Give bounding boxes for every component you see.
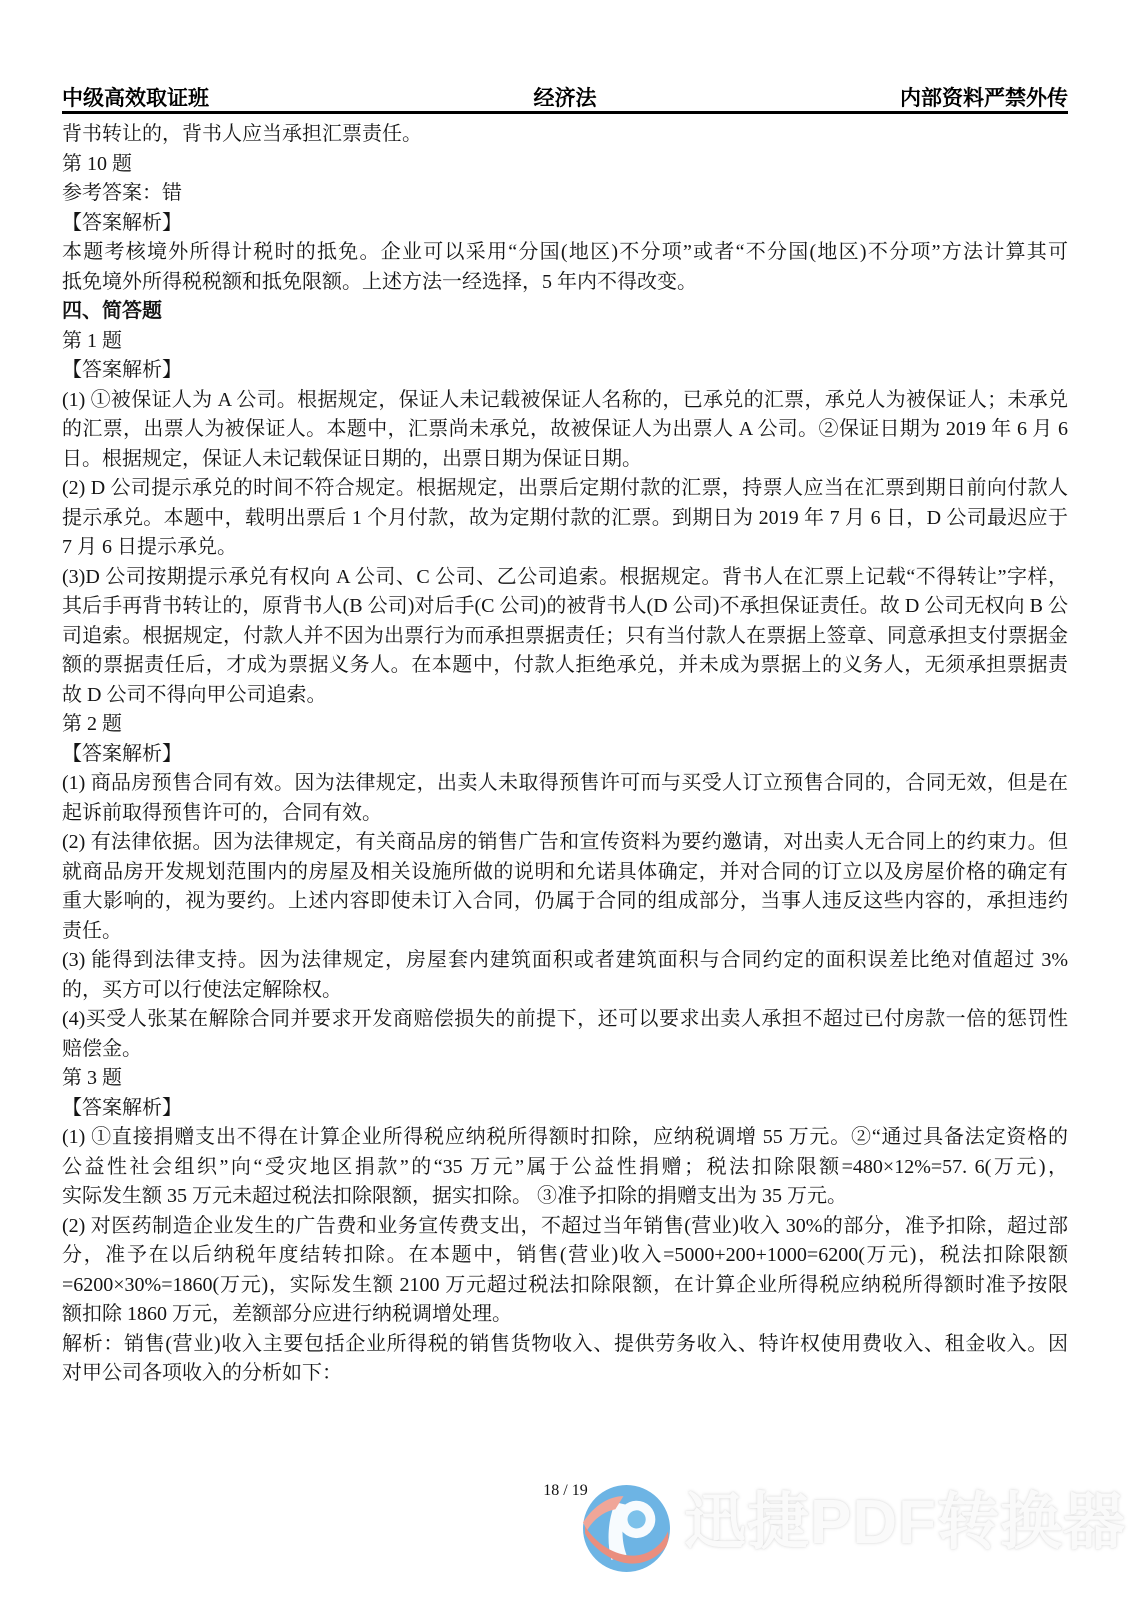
body-line: 实际发生额 35 万元未超过税法扣除限额，据实扣除。 ③准予扣除的捐赠支出为 3… bbox=[62, 1182, 1068, 1212]
body-line: 额的票据责任后，才成为票据义务人。在本题中，付款人拒绝承兑，并未成为票据上的义务… bbox=[62, 651, 1068, 681]
body-line: (2) 有法律依据。因为法律规定，有关商品房的销售广告和宣传资料为要约邀请，对出… bbox=[62, 828, 1068, 858]
body-line: 抵免境外所得税税额和抵免限额。上述方法一经选择，5 年内不得改变。 bbox=[62, 268, 1068, 298]
body-line: 【答案解析】 bbox=[62, 740, 1068, 770]
body-line: 第 1 题 bbox=[62, 327, 1068, 357]
body-line: 的，买方可以行使法定解除权。 bbox=[62, 976, 1068, 1006]
page-number: 18 / 19 bbox=[0, 1482, 1131, 1500]
body-line: 公益性社会组织”向“受灾地区捐款”的“35 万元”属于公益性捐赠；税法扣除限额=… bbox=[62, 1153, 1068, 1183]
body-line: 其后手再背书转让的，原背书人(B 公司)对后手(C 公司)的被背书人(D 公司)… bbox=[62, 592, 1068, 622]
body-line: (3) 能得到法律支持。因为法律规定，房屋套内建筑面积或者建筑面积与合同约定的面… bbox=[62, 946, 1068, 976]
body-line: (2) D 公司提示承兑的时间不符合规定。根据规定，出票后定期付款的汇票，持票人… bbox=[62, 474, 1068, 504]
body-line: 7 月 6 日提示承兑。 bbox=[62, 533, 1068, 563]
body-line: 解析：销售(营业)收入主要包括企业所得税的销售货物收入、提供劳务收入、特许权使用… bbox=[62, 1330, 1068, 1360]
body-line: (1) 商品房预售合同有效。因为法律规定，出卖人未取得预售许可而与买受人订立预售… bbox=[62, 769, 1068, 799]
body-line: (3)D 公司按期提示承兑有权向 A 公司、C 公司、乙公司追索。根据规定。背书… bbox=[62, 563, 1068, 593]
document-body: 背书转让的，背书人应当承担汇票责任。第 10 题参考答案：错【答案解析】本题考核… bbox=[62, 120, 1068, 1389]
body-line: =6200×30%=1860(万元)，实际发生额 2100 万元超过税法扣除限额… bbox=[62, 1271, 1068, 1301]
body-line: 第 2 题 bbox=[62, 710, 1068, 740]
body-line: 就商品房开发规划范围内的房屋及相关设施所做的说明和允诺具体确定，并对合同的订立以… bbox=[62, 858, 1068, 888]
body-line: 日。根据规定，保证人未记载保证日期的，出票日期为保证日期。 bbox=[62, 445, 1068, 475]
body-line: (4)买受人张某在解除合同并要求开发商赔偿损失的前提下，还可以要求出卖人承担不超… bbox=[62, 1005, 1068, 1035]
body-line: 参考答案：错 bbox=[62, 179, 1068, 209]
body-line: 第 10 题 bbox=[62, 150, 1068, 180]
body-line: 起诉前取得预售许可的，合同有效。 bbox=[62, 799, 1068, 829]
body-line: (1) ①被保证人为 A 公司。根据规定，保证人未记载被保证人名称的，已承兑的汇… bbox=[62, 386, 1068, 416]
body-line: 责任。 bbox=[62, 917, 1068, 947]
body-line: (2) 对医药制造企业发生的广告费和业务宣传费支出，不超过当年销售(营业)收入 … bbox=[62, 1212, 1068, 1242]
body-line: (1) ①直接捐赠支出不得在计算企业所得税应纳税所得额时扣除，应纳税调增 55 … bbox=[62, 1123, 1068, 1153]
body-line: 重大影响的，视为要约。上述内容即使未订入合同，仍属于合同的组成部分，当事人违反这… bbox=[62, 887, 1068, 917]
body-line: 的汇票，出票人为被保证人。本题中，汇票尚未承兑，故被保证人为出票人 A 公司。②… bbox=[62, 415, 1068, 445]
page-header: 中级高效取证班 经济法 内部资料严禁外传 bbox=[62, 82, 1068, 112]
body-line: 赔偿金。 bbox=[62, 1035, 1068, 1065]
body-line: 对甲公司各项收入的分析如下： bbox=[62, 1359, 1068, 1389]
body-line: 故 D 公司不得向甲公司追索。 bbox=[62, 681, 1068, 711]
body-line: 【答案解析】 bbox=[62, 1094, 1068, 1124]
header-divider-line bbox=[62, 111, 1068, 114]
body-line: 司追索。根据规定，付款人并不因为出票行为而承担票据责任；只有当付款人在票据上签章… bbox=[62, 622, 1068, 652]
body-line: 本题考核境外所得计税时的抵免。企业可以采用“分国(地区)不分项”或者“不分国(地… bbox=[62, 238, 1068, 268]
body-line: 第 3 题 bbox=[62, 1064, 1068, 1094]
logo-p-bowl-hole bbox=[628, 1510, 646, 1528]
pdf-page: 中级高效取证班 经济法 内部资料严禁外传 背书转让的，背书人应当承担汇票责任。第… bbox=[0, 0, 1131, 1600]
body-line: 四、简答题 bbox=[62, 297, 1068, 327]
body-line: 额扣除 1860 万元，差额部分应进行纳税调增处理。 bbox=[62, 1300, 1068, 1330]
body-line: 【答案解析】 bbox=[62, 209, 1068, 239]
body-line: 【答案解析】 bbox=[62, 356, 1068, 386]
header-subject-title: 经济法 bbox=[62, 82, 1068, 112]
body-line: 提示承兑。本题中，载明出票后 1 个月付款，故为定期付款的汇票。到期日为 201… bbox=[62, 504, 1068, 534]
body-line: 背书转让的，背书人应当承担汇票责任。 bbox=[62, 120, 1068, 150]
body-line: 分，准予在以后纳税年度结转扣除。在本题中，销售(营业)收入=5000+200+1… bbox=[62, 1241, 1068, 1271]
